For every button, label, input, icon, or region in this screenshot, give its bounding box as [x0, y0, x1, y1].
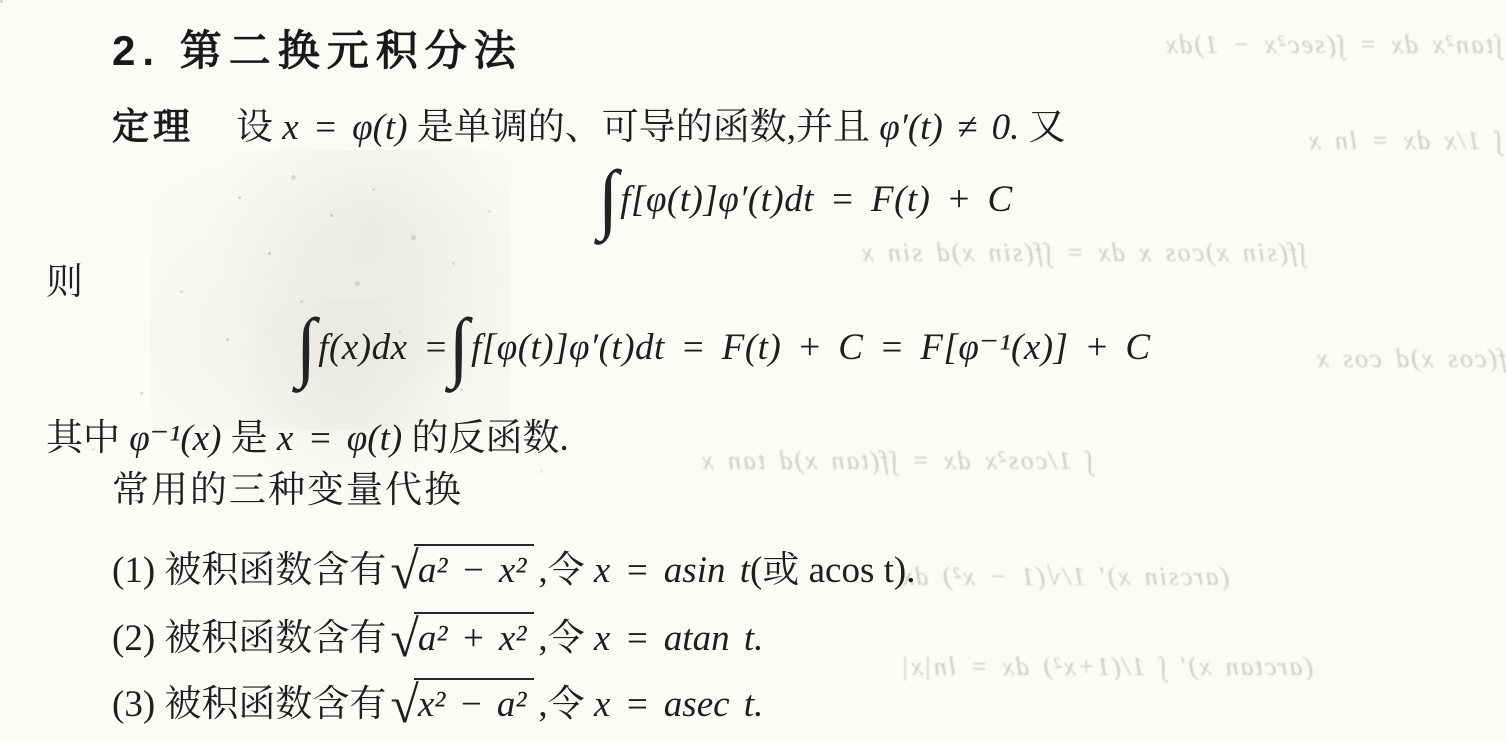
inline-math: φ⁻¹(x) — [129, 418, 221, 459]
bleed-through-text: ∫ 1/cos²x dx = ∫f(tan x)d tan x — [700, 446, 1093, 476]
display-formula-substitution: ∫ f[φ(t)]φ′(t)dt = F(t) + C — [598, 166, 1013, 233]
radical-expression: √a² − x² — [390, 544, 534, 594]
formula-body: f[φ(t)]φ′(t)dt = F(t) + C = F[φ⁻¹(x)] + … — [471, 325, 1151, 369]
note-text: 是 — [221, 418, 277, 459]
item-text: 被积函数含有 — [155, 684, 386, 725]
bleed-through-text: ∫ 1/x dx = ln x — [1307, 126, 1502, 156]
scanned-textbook-page: ∫tan²x dx = ∫(sec²x − 1)dx ∫ 1/x dx = ln… — [0, 0, 1506, 742]
bleed-through-text: ∫tan²x dx = ∫(sec²x − 1)dx — [1164, 30, 1502, 60]
integral-sign: ∫ — [296, 312, 316, 382]
inline-math: x = φ(t) — [282, 107, 407, 148]
section-heading: 2. 第二换元积分法 — [112, 18, 523, 78]
item-text: ,令 — [538, 684, 594, 725]
inline-math: x = asin t — [594, 550, 750, 591]
theorem-text: 又 — [1019, 107, 1065, 148]
display-formula-main: ∫ f(x)dx = ∫ f[φ(t)]φ′(t)dt = F(t) + C =… — [296, 314, 1151, 381]
note-text: 的反函数. — [402, 418, 569, 459]
radicand: a² − x² — [414, 544, 535, 594]
bleed-through-text: (arcsin x)′ 1/√(1 − x²) dx — [900, 562, 1229, 592]
theorem-text: 是单调的、可导的函数,并且 — [408, 107, 880, 148]
formula-body: f(x)dx = — [318, 326, 449, 369]
substitution-item-1: (1) 被积函数含有√a² − x²,令 x = asin t(或 acos t… — [112, 544, 915, 594]
item-text: ,令 — [538, 618, 594, 659]
substitution-item-2: (2) 被积函数含有√a² + x²,令 x = atan t. — [112, 612, 763, 662]
integral-sign: ∫ — [598, 164, 618, 234]
bleed-through-text: f(cos x)d cos x — [1315, 344, 1506, 374]
inline-math: x = atan t. — [594, 618, 763, 659]
radicand: a² + x² — [414, 612, 535, 662]
item-text: (或 acos t). — [750, 550, 915, 591]
inline-math: φ′(t) ≠ 0. — [879, 107, 1019, 148]
inverse-function-note: 其中 φ⁻¹(x) 是 x = φ(t) 的反函数. — [46, 416, 569, 462]
item-text: 被积函数含有 — [155, 550, 386, 591]
theorem-text: 设 — [236, 107, 282, 148]
bleed-through-text: (arctan x)′ ∫ 1/(1+x²) dx = ln|x| — [900, 652, 1313, 682]
bleed-through-text: ∫f(sin x)cos x dx = ∫f(sin x)d sin x — [860, 238, 1306, 268]
item-text: 被积函数含有 — [155, 618, 386, 659]
paper-speckles — [0, 0, 3, 3]
formula-body: f[φ(t)]φ′(t)dt = F(t) + C — [620, 178, 1012, 221]
radicand: x² − a² — [414, 678, 535, 728]
then-label: 则 — [46, 260, 83, 306]
note-text: 其中 — [46, 418, 129, 459]
integral-sign: ∫ — [449, 312, 469, 382]
radical-expression: √x² − a² — [390, 678, 534, 728]
radical-expression: √a² + x² — [390, 612, 534, 662]
theorem-statement: 定理设 x = φ(t) 是单调的、可导的函数,并且 φ′(t) ≠ 0. 又 — [112, 104, 1066, 151]
substitution-item-3: (3) 被积函数含有√x² − a²,令 x = asec t. — [112, 678, 763, 728]
item-number: (1) — [112, 550, 155, 591]
item-number: (3) — [112, 684, 155, 725]
inline-math: x = asec t. — [594, 684, 763, 725]
inline-math: x = φ(t) — [277, 418, 402, 459]
theorem-label: 定理 — [112, 106, 194, 147]
item-number: (2) — [112, 618, 155, 659]
substitutions-heading: 常用的三种变量代换 — [112, 468, 463, 514]
item-text: ,令 — [538, 550, 594, 591]
